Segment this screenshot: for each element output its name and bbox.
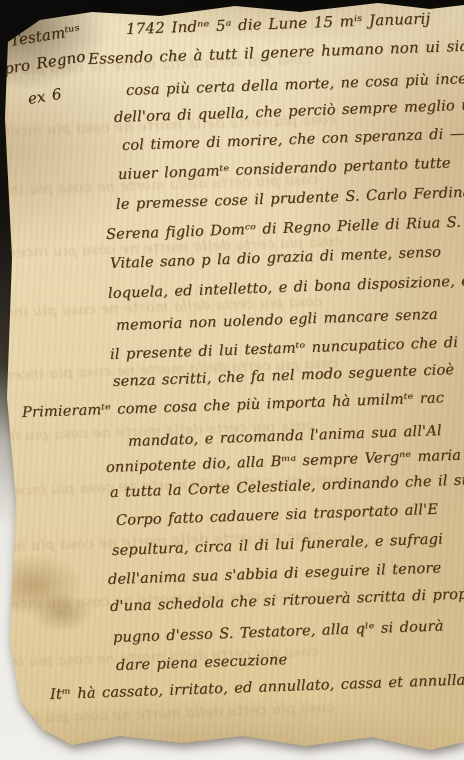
margin-note: pro Regno <box>3 49 87 77</box>
manuscript-line: dell'anima sua s'abbia di eseguire il te… <box>108 561 442 587</box>
manuscript-line: uiuer longamᵗᵉ considerando pertanto tut… <box>118 156 451 182</box>
manuscript-line: cosa più certa della morte, ne cosa più … <box>126 71 464 98</box>
manuscript-line: onnipotente dio, alla Bᵐᵃ sempre Vergⁿᵉ … <box>106 449 462 476</box>
manuscript-line: Essendo che à tutt il genere humano non … <box>88 39 464 67</box>
manuscript-line: Corpo fatto cadauere sia trasportato all… <box>116 503 439 529</box>
manuscript-line: senza scritti, che fa nel modo seguente … <box>113 363 455 389</box>
manuscript-line: a tutta la Corte Celestiale, ordinando c… <box>110 473 464 500</box>
manuscript-line: memoria non uolendo egli mancare senza <box>116 308 438 334</box>
manuscript-line: loquela, ed intelletto, e di bona dispos… <box>108 274 464 301</box>
manuscript-line: d'una schedola che si ritrouerà scritta … <box>110 587 464 615</box>
manuscript-line: sepultura, circa il di lui funerale, e s… <box>112 532 443 558</box>
paper-shadow: cosa piu certa della morte ne cosa piu i… <box>0 0 464 760</box>
margin-note: ex 6 <box>27 87 63 107</box>
manuscript-line: dare piena esecuzione <box>116 653 288 673</box>
manuscript-photo: cosa piu certa della morte ne cosa piu i… <box>0 0 464 760</box>
manuscript-line: Vitale sano p la dio grazia di mente, se… <box>110 245 442 271</box>
manuscript-line: col timore di morire, che con speranza d… <box>122 127 464 153</box>
manuscript-page: cosa piu certa della morte ne cosa piu i… <box>0 0 464 760</box>
manuscript-line: Itᵐ hà cassato, irritato, ed annullato, … <box>50 673 464 702</box>
margin-note: Testamᵗᵘˢ <box>9 23 82 49</box>
manuscript-line: il presente di lui testamᵗᵒ nuncupatico … <box>110 336 459 363</box>
manuscript-line: Serena figlio Domᶜᵒ di Regno Pielle di R… <box>106 216 462 243</box>
manuscript-line: pugno d'esso S. Testatore, alla qˡᵉ si d… <box>113 619 444 645</box>
manuscript-line: Primieramᵗᵉ come cosa che più importa hà… <box>22 391 445 420</box>
manuscript-line: mandato, e racomanda l'anima sua all'Al <box>128 424 442 449</box>
manuscript-line: le premesse cose il prudente S. Carlo Fe… <box>116 185 464 213</box>
manuscript-line: dell'ora di quella, che perciò sempre me… <box>114 98 464 126</box>
ink-bleedthrough: cosa piu certa della morte ne cosa piu i… <box>0 700 335 728</box>
manuscript-date-line: 1742 Indⁿᵉ 5ᵃ die Lune 15 mⁱˢ Januarij <box>126 11 431 37</box>
